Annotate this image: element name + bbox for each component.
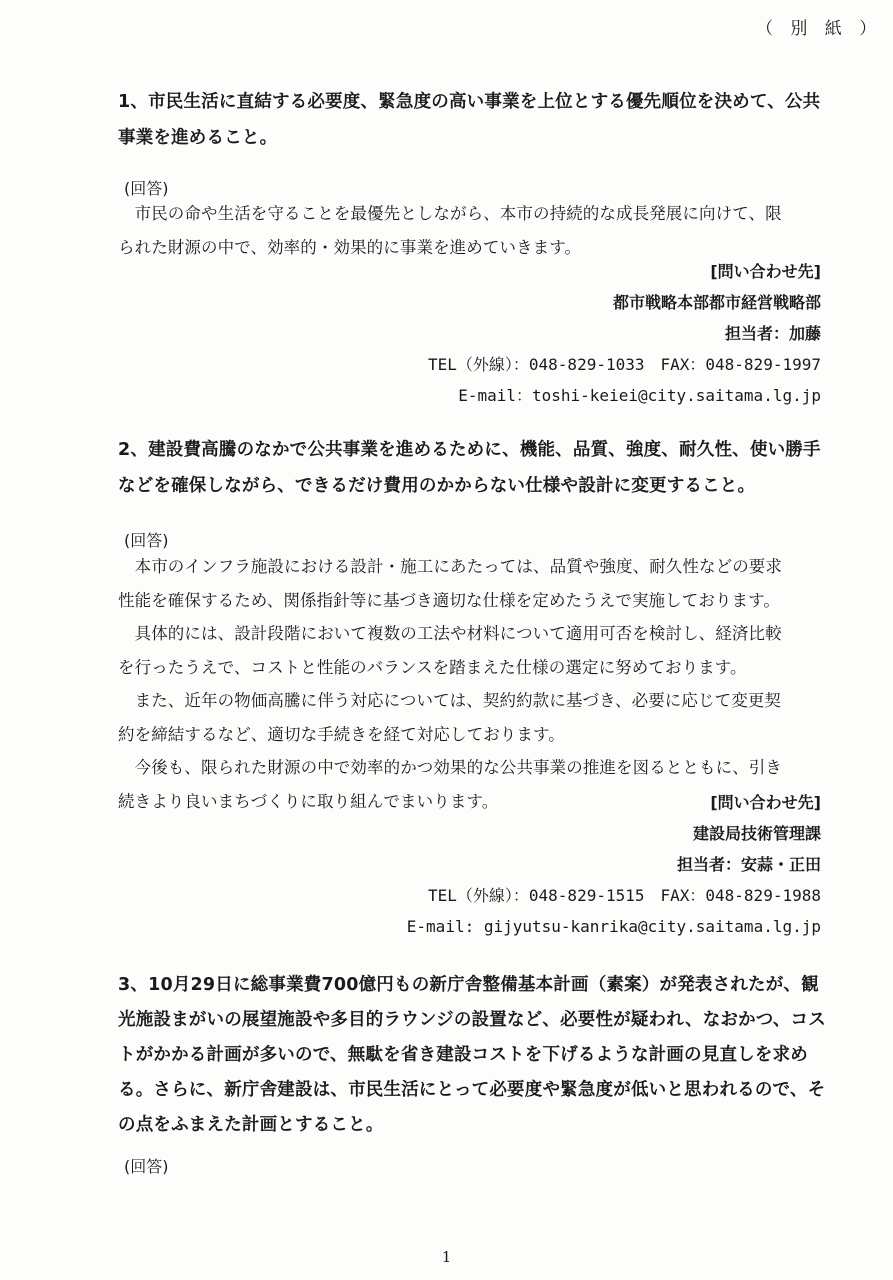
answer-2: 本市のインフラ施設における設計・施工にあたっては、品質や強度、耐久性などの要求 … (118, 550, 782, 818)
question-line: トがかかる計画が多いので、無駄を省き建設コストを下げるような計画の見直しを求め (118, 1038, 826, 1073)
contact-email[interactable]: E-mail: gijyutsu-kanrika@city.saitama.lg… (407, 911, 821, 942)
annex-label: （ 別 紙 ） (756, 14, 882, 39)
answer-line: また、近年の物価高騰に伴う対応については、契約約款に基づき、必要に応じて変更契 (118, 684, 782, 718)
question-line: の点をふまえた計画とすること。 (118, 1108, 826, 1143)
answer-line: 今後も、限られた財源の中で効率的かつ効果的な公共事業の推進を図るとともに、引き (118, 751, 782, 785)
answer-label-1: (回答) (124, 176, 169, 199)
question-line: 1、市民生活に直結する必要度、緊急度の高い事業を上位とする優先順位を決めて、公共 (118, 84, 820, 120)
contact-heading: [問い合わせ先] (407, 787, 821, 818)
answer-line: 約を締結するなど、適切な手続きを経て対応しております。 (118, 718, 782, 752)
contact-person: 担当者：加藤 (428, 318, 821, 349)
contact-email[interactable]: E-mail：toshi-keiei@city.saitama.lg.jp (428, 380, 821, 411)
question-line: る。さらに、新庁舎建設は、市民生活にとって必要度や緊急度が低いと思われるので、そ (118, 1073, 826, 1108)
answer-line: 本市のインフラ施設における設計・施工にあたっては、品質や強度、耐久性などの要求 (118, 550, 782, 584)
contact-2: [問い合わせ先] 建設局技術管理課 担当者：安蒜・正田 TEL（外線）：048-… (407, 787, 821, 942)
answer-line: 性能を確保するため、関係指針等に基づき適切な仕様を定めたうえで実施しております。 (118, 584, 782, 618)
question-line: 光施設まがいの展望施設や多目的ラウンジの設置など、必要性が疑われ、なおかつ、コス (118, 1003, 826, 1038)
contact-phone: TEL（外線）：048-829-1033 FAX：048-829-1997 (428, 349, 821, 380)
question-line: 事業を進めること。 (118, 120, 820, 156)
question-3: 3、10月29日に総事業費700億円もの新庁舎整備基本計画（素案）が発表されたが… (118, 968, 826, 1143)
contact-department: 建設局技術管理課 (407, 818, 821, 849)
answer-1: 市民の命や生活を守ることを最優先としながら、本市の持続的な成長発展に向けて、限 … (118, 197, 782, 264)
question-1: 1、市民生活に直結する必要度、緊急度の高い事業を上位とする優先順位を決めて、公共… (118, 84, 820, 156)
contact-1: [問い合わせ先] 都市戦略本部都市経営戦略部 担当者：加藤 TEL（外線）：04… (428, 256, 821, 411)
page-number: 1 (0, 1248, 893, 1266)
answer-line: を行ったうえで、コストと性能のバランスを踏まえた仕様の選定に努めております。 (118, 651, 782, 685)
question-line: 2、建設費高騰のなかで公共事業を進めるために、機能、品質、強度、耐久性、使い勝手 (118, 432, 821, 468)
contact-heading: [問い合わせ先] (428, 256, 821, 287)
question-line: などを確保しながら、できるだけ費用のかからない仕様や設計に変更すること。 (118, 468, 821, 504)
answer-label-3: (回答) (124, 1154, 169, 1177)
contact-person: 担当者：安蒜・正田 (407, 849, 821, 880)
answer-line: 市民の命や生活を守ることを最優先としながら、本市の持続的な成長発展に向けて、限 (118, 197, 782, 231)
contact-phone: TEL（外線）：048-829-1515 FAX：048-829-1988 (407, 880, 821, 911)
question-2: 2、建設費高騰のなかで公共事業を進めるために、機能、品質、強度、耐久性、使い勝手… (118, 432, 821, 504)
contact-department: 都市戦略本部都市経営戦略部 (428, 287, 821, 318)
answer-line: 具体的には、設計段階において複数の工法や材料について適用可否を検討し、経済比較 (118, 617, 782, 651)
answer-label-2: (回答) (124, 528, 169, 551)
question-line: 3、10月29日に総事業費700億円もの新庁舎整備基本計画（素案）が発表されたが… (118, 968, 826, 1003)
